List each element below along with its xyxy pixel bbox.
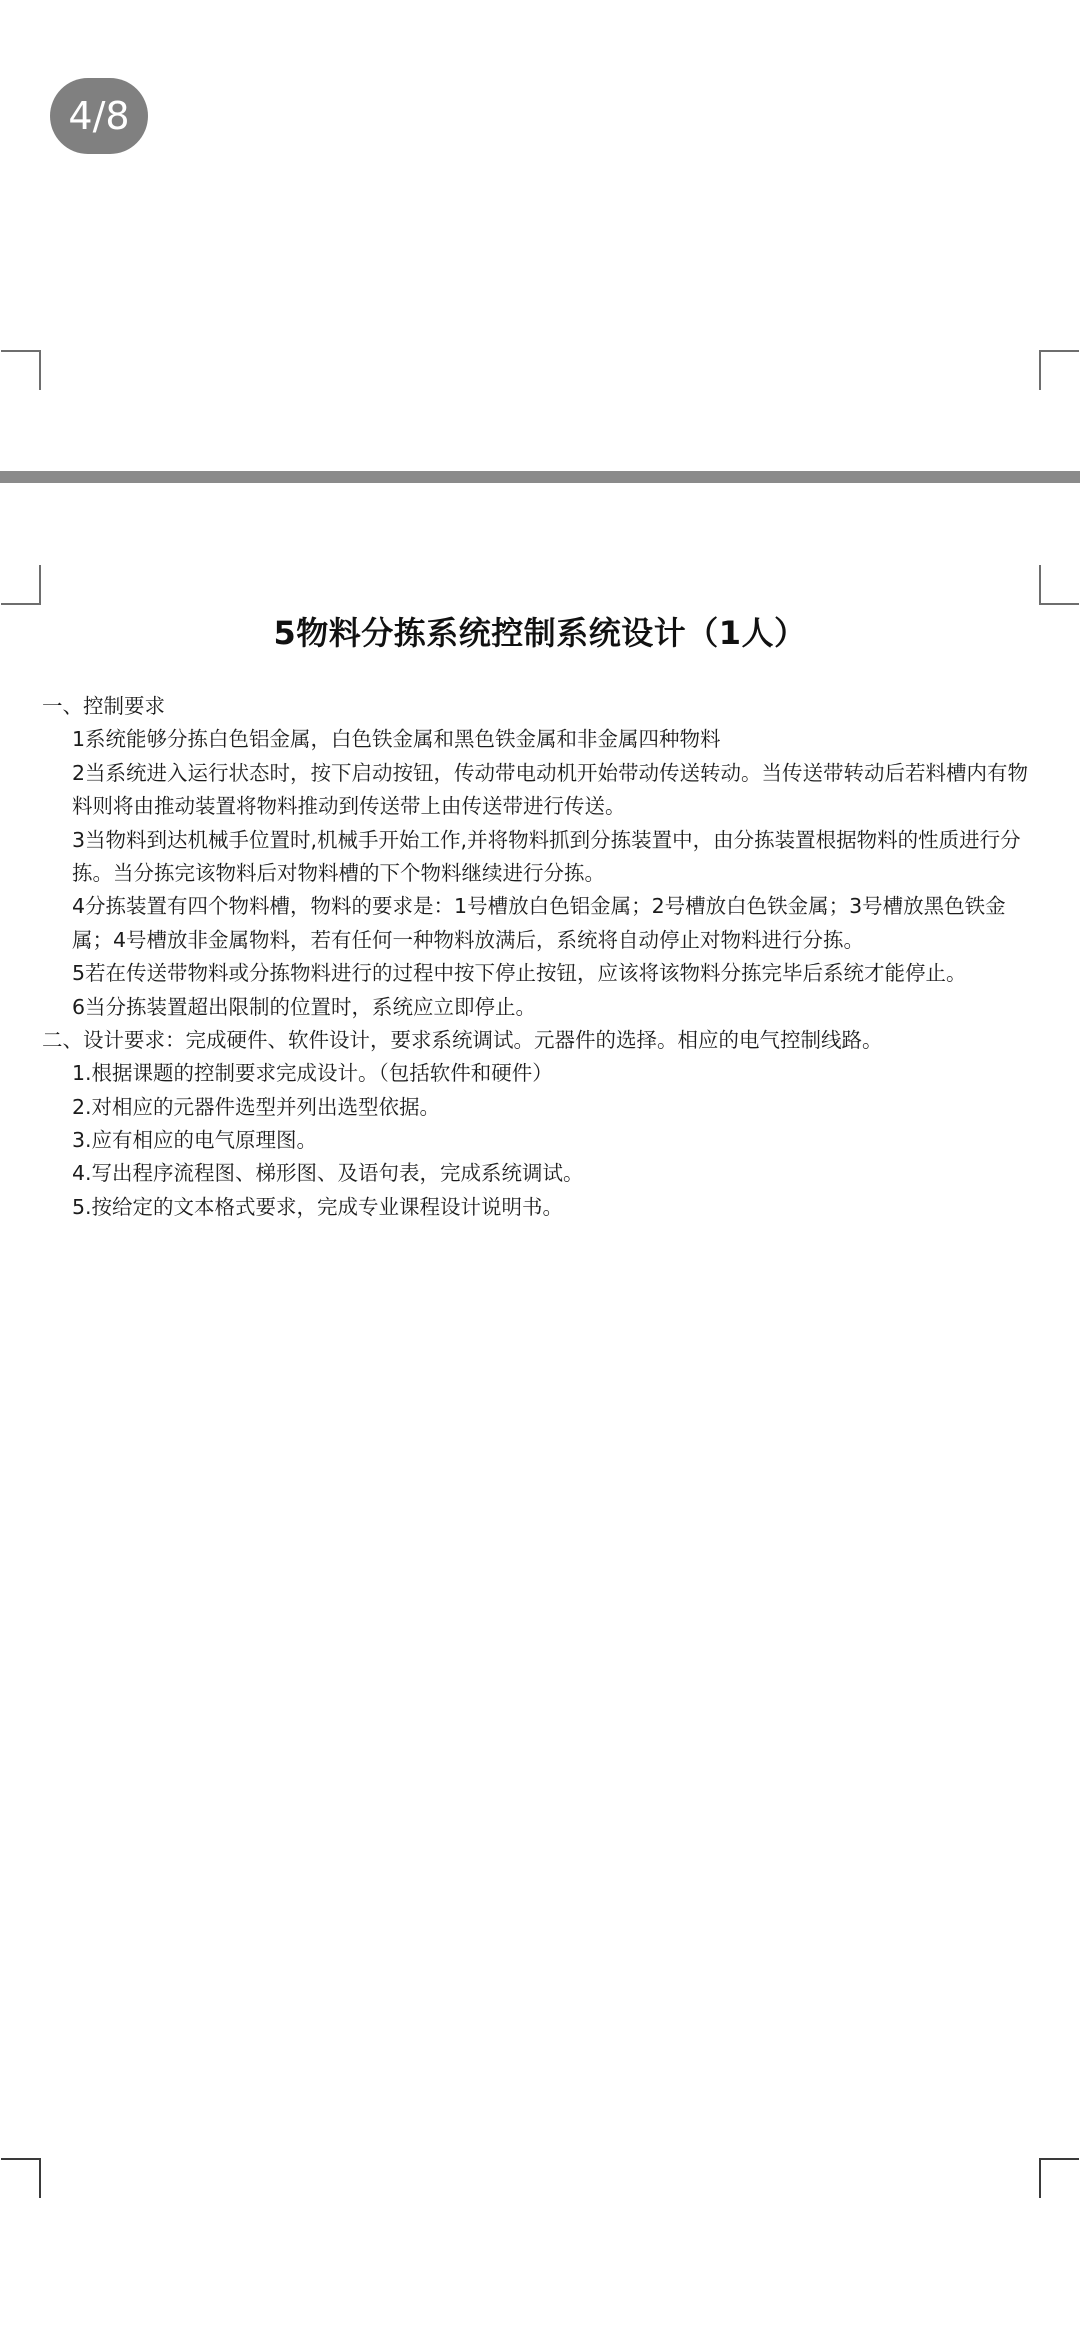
- page-counter-badge: 4/8: [50, 78, 148, 154]
- paragraph-line: 5若在传送带物料或分拣物料进行的过程中按下停止按钮，应该将该物料分拣完毕后系统才…: [0, 957, 1080, 990]
- list-item: 5.按给定的文本格式要求，完成专业课程设计说明书。: [0, 1191, 1080, 1224]
- paragraph-line: 3当物料到达机械手位置时,机械手开始工作,并将物料抓到分拣装置中，由分拣装置根据…: [0, 824, 1080, 857]
- list-item: 2.对相应的元器件选型并列出选型依据。: [0, 1091, 1080, 1124]
- list-item: 4.写出程序流程图、梯形图、及语句表，完成系统调试。: [0, 1157, 1080, 1190]
- crop-mark-page-top-right: [1039, 565, 1079, 605]
- list-item: 1.根据课题的控制要求完成设计。（包括软件和硬件）: [0, 1057, 1080, 1090]
- document-title: 5物料分拣系统控制系统设计（1人）: [0, 608, 1080, 654]
- paragraph-line: 2当系统进入运行状态时，按下启动按钮，传动带电动机开始带动传送转动。当传送带转动…: [0, 757, 1080, 790]
- list-item: 3.应有相应的电气原理图。: [0, 1124, 1080, 1157]
- crop-mark-page-bottom-left: [1, 2158, 41, 2198]
- paragraph-line: 1系统能够分拣白色铝金属，白色铁金属和黑色铁金属和非金属四种物料: [0, 723, 1080, 756]
- paragraph-line: 拣。当分拣完该物料后对物料槽的下个物料继续进行分拣。: [0, 857, 1080, 890]
- paragraph-line: 6当分拣装置超出限制的位置时，系统应立即停止。: [0, 991, 1080, 1024]
- crop-mark-page-top-left: [1, 565, 41, 605]
- crop-mark-prev-page-bottom-left: [1, 350, 41, 390]
- crop-mark-prev-page-bottom-right: [1039, 350, 1079, 390]
- crop-mark-page-bottom-right: [1039, 2158, 1079, 2198]
- section-heading-design-requirements: 二、设计要求：完成硬件、软件设计，要求系统调试。元器件的选择。相应的电气控制线路…: [0, 1024, 1080, 1057]
- document-body: 一、控制要求 1系统能够分拣白色铝金属，白色铁金属和黑色铁金属和非金属四种物料 …: [0, 690, 1080, 1224]
- paragraph-line: 4分拣装置有四个物料槽，物料的要求是：1号槽放白色铝金属；2号槽放白色铁金属；3…: [0, 890, 1080, 923]
- section-heading-control-requirements: 一、控制要求: [0, 690, 1080, 723]
- page-separator: [0, 471, 1080, 483]
- paragraph-line: 料则将由推动装置将物料推动到传送带上由传送带进行传送。: [0, 790, 1080, 823]
- paragraph-line: 属；4号槽放非金属物料，若有任何一种物料放满后，系统将自动停止对物料进行分拣。: [0, 924, 1080, 957]
